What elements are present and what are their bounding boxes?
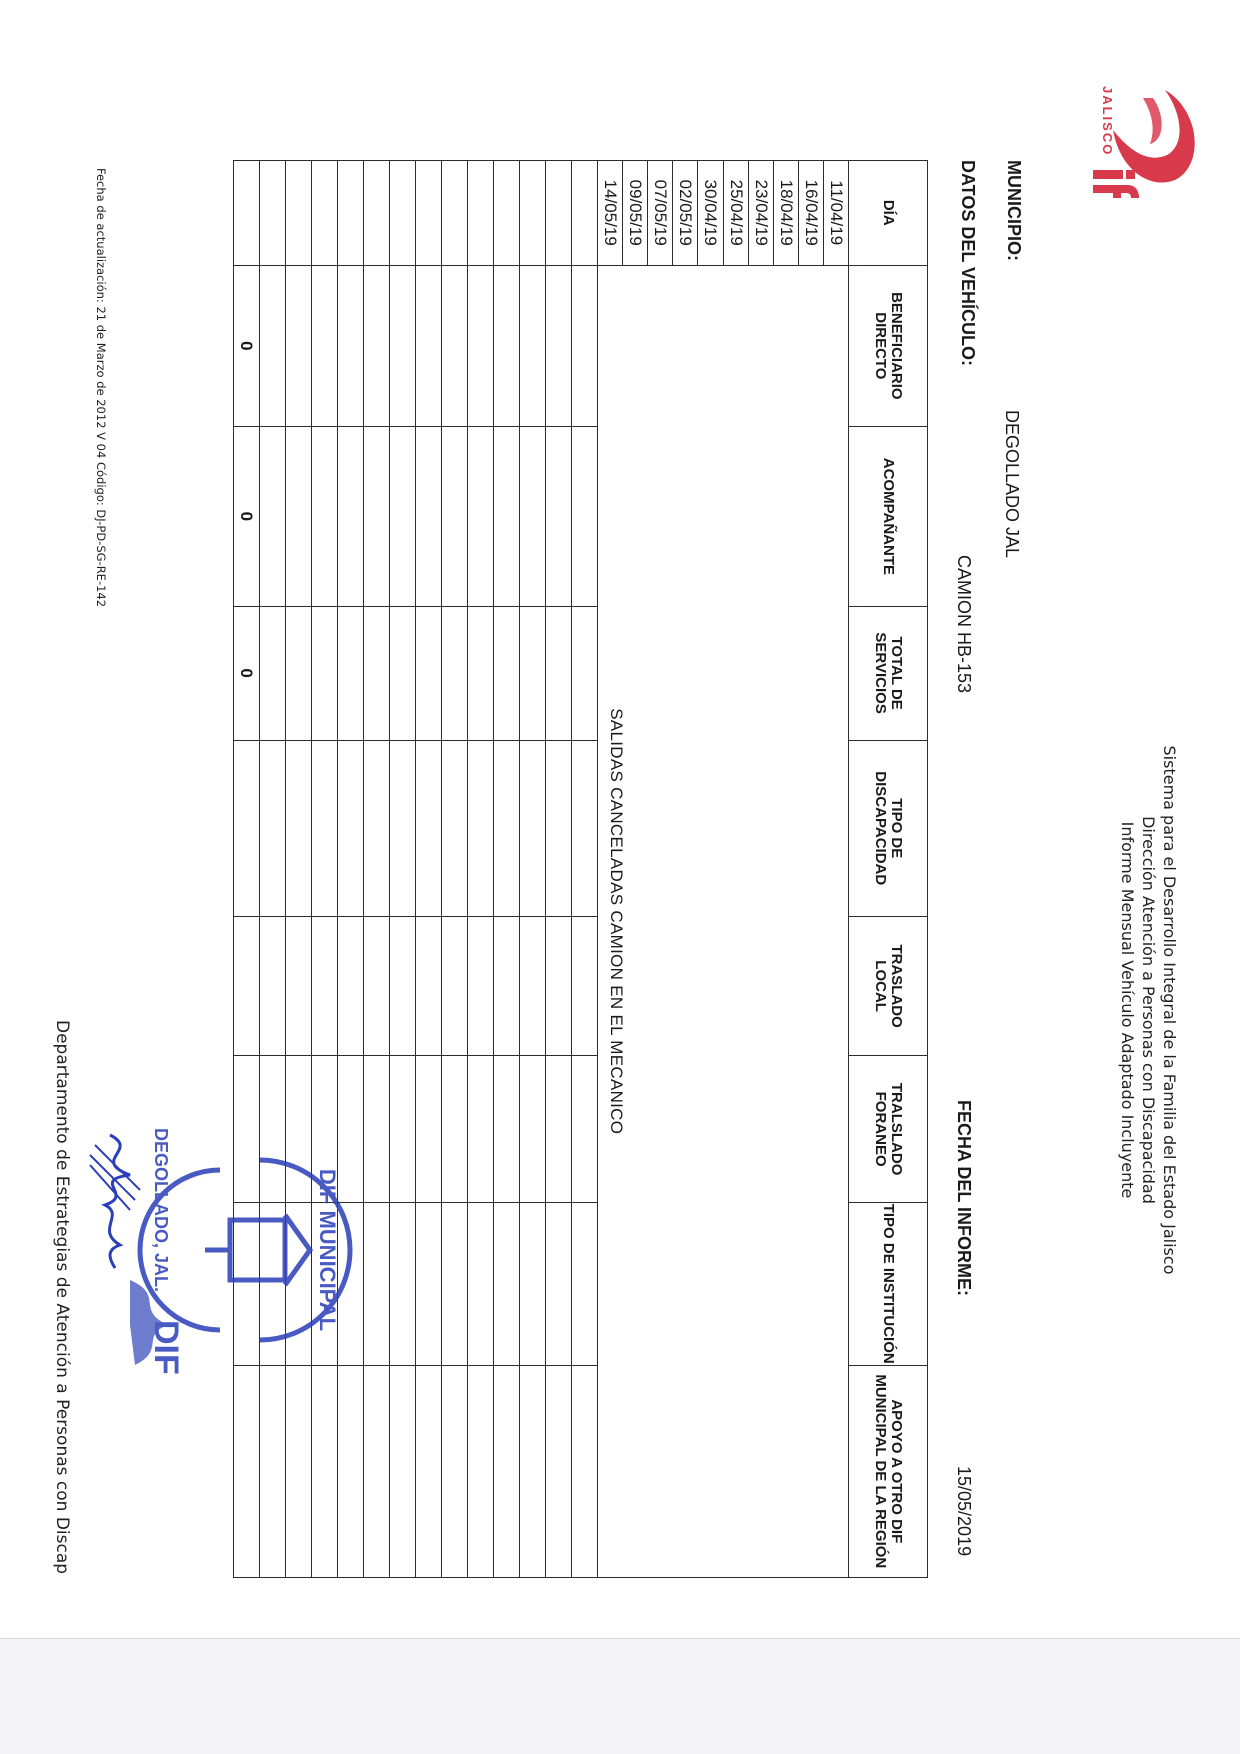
date-list-cell: 11/04/1916/04/1918/04/1923/04/1925/04/19… (598, 161, 849, 266)
table-cell (468, 1202, 494, 1365)
table-cell (312, 740, 338, 916)
total-beneficiario-directo: 0 (234, 265, 260, 427)
table-cell (468, 1056, 494, 1202)
col-tipo-institucion: TIPO DE INSTITUCIÓN (849, 1202, 928, 1365)
table-cell (546, 606, 572, 740)
table-cell (468, 1365, 494, 1577)
table-cell (390, 1365, 416, 1577)
table-cell (286, 265, 312, 427)
table-cell (520, 265, 546, 427)
date-entry: 11/04/19 (824, 161, 848, 265)
table-cell (416, 265, 442, 427)
col-dia: DÍA (849, 161, 928, 266)
table-cell (338, 427, 364, 606)
table-cell (416, 916, 442, 1056)
table-cell (416, 606, 442, 740)
table-cell (468, 606, 494, 740)
department-footer: Departamento de Estrategias de Atención … (52, 1020, 72, 1574)
table-cell (260, 916, 286, 1056)
table-cell (260, 740, 286, 916)
table-cell (572, 916, 598, 1056)
table-cell (390, 161, 416, 266)
vehiculo-value: CAMION HB-153 (953, 555, 974, 693)
table-cell (442, 1365, 468, 1577)
header-organization: Sistema para el Desarrollo Integral de l… (1159, 560, 1180, 1460)
table-cell (468, 916, 494, 1056)
table-cell (546, 740, 572, 916)
table-cell (338, 1365, 364, 1577)
col-total-servicios: TOTAL DE SERVICIOS (849, 606, 928, 740)
table-cell (520, 427, 546, 606)
table-cell (286, 606, 312, 740)
table-cell (520, 1202, 546, 1365)
table-row (572, 161, 598, 1578)
date-entry: 07/05/19 (648, 161, 673, 265)
table-cell (494, 427, 520, 606)
table-cell (260, 427, 286, 606)
table-cell (442, 606, 468, 740)
table-cell (286, 1365, 312, 1577)
table-cell (494, 1202, 520, 1365)
table-cell (546, 161, 572, 266)
col-apoyo-otro-dif: APOYO A OTRO DIF MUNICIPAL DE LA REGIÓN (849, 1365, 928, 1577)
table-cell (520, 161, 546, 266)
table-cell (390, 427, 416, 606)
table-cell (546, 265, 572, 427)
table-cell (546, 916, 572, 1056)
table-cell (390, 1202, 416, 1365)
table-cell (260, 161, 286, 266)
table-cell (468, 161, 494, 266)
total-total-servicios: 0 (234, 606, 260, 740)
table-row (546, 161, 572, 1578)
total-acompanante: 0 (234, 427, 260, 606)
table-cell (390, 1056, 416, 1202)
table-cell (494, 1056, 520, 1202)
table-cell (416, 1056, 442, 1202)
table-cell (442, 916, 468, 1056)
date-entry: 30/04/19 (698, 161, 723, 265)
table-cell (468, 427, 494, 606)
fecha-informe-label: FECHA DEL INFORME: (953, 1100, 974, 1296)
table-cell (546, 1365, 572, 1577)
table-cell (312, 265, 338, 427)
table-row (416, 161, 442, 1578)
table-cell (260, 1365, 286, 1577)
col-acompanante: ACOMPAÑANTE (849, 427, 928, 606)
table-cell (364, 265, 390, 427)
table-cell (520, 1365, 546, 1577)
table-cell (442, 740, 468, 916)
table-cell (442, 161, 468, 266)
table-cell (234, 740, 260, 916)
table-cell (338, 606, 364, 740)
table-cell (520, 606, 546, 740)
table-cell (416, 161, 442, 266)
table-cell (390, 606, 416, 740)
col-beneficiario-directo: BENEFICIARIO DIRECTO (849, 265, 928, 427)
table-cell (572, 1365, 598, 1577)
table-cell (364, 161, 390, 266)
table-cell (494, 161, 520, 266)
table-cell (494, 740, 520, 916)
table-cell (312, 606, 338, 740)
table-cell (286, 916, 312, 1056)
table-cell (572, 1056, 598, 1202)
table-row (468, 161, 494, 1578)
table-cell (442, 1056, 468, 1202)
stamp-text-bottom: DEGOLLADO, JAL. (151, 1128, 171, 1292)
table-cell (390, 265, 416, 427)
table-cell (468, 265, 494, 427)
table-cell (312, 161, 338, 266)
table-row (494, 161, 520, 1578)
table-cell (312, 916, 338, 1056)
table-cell (364, 1365, 390, 1577)
table-row (442, 161, 468, 1578)
table-cell (286, 740, 312, 916)
table-cell (468, 740, 494, 916)
table-cell (520, 740, 546, 916)
fecha-informe-value: 15/05/2019 (953, 1466, 974, 1556)
header-report-title: Informe Mensual Vehículo Adaptado Incluy… (1117, 560, 1138, 1460)
stamp-text-top: DIF MUNICIPAL (315, 1169, 340, 1331)
table-cell (572, 161, 598, 266)
table-cell (416, 740, 442, 916)
date-entry: 02/05/19 (673, 161, 698, 265)
cancelled-trips-note: SALIDAS CANCELADAS CAMION EN EL MECANICO (598, 265, 849, 1578)
date-entry: 14/05/19 (598, 161, 623, 265)
table-cell (416, 427, 442, 606)
table-cell (572, 740, 598, 916)
table-cell (416, 1202, 442, 1365)
report-header: Sistema para el Desarrollo Integral de l… (1117, 560, 1180, 1460)
table-cell (312, 427, 338, 606)
table-cell (494, 606, 520, 740)
table-cell (494, 265, 520, 427)
vehiculo-label: DATOS DEL VEHÍCULO: (957, 160, 978, 366)
table-cell (338, 916, 364, 1056)
table-cell (520, 1056, 546, 1202)
table-cell (338, 161, 364, 266)
table-cell (442, 265, 468, 427)
table-cell (286, 427, 312, 606)
table-cell (572, 606, 598, 740)
table-cell (442, 1202, 468, 1365)
table-cell (494, 916, 520, 1056)
table-cell (364, 916, 390, 1056)
table-row (520, 161, 546, 1578)
table-cell (286, 161, 312, 266)
table-cell (416, 1365, 442, 1577)
table-cell (520, 916, 546, 1056)
municipio-label: MUNICIPIO: (1003, 160, 1024, 261)
col-traslado-foraneo: TRALSLADO FORANEO (849, 1056, 928, 1202)
table-cell (338, 265, 364, 427)
table-cell (572, 265, 598, 427)
table-cell (364, 606, 390, 740)
table-cell (312, 1365, 338, 1577)
table-cell (390, 740, 416, 916)
table-cell (260, 606, 286, 740)
table-cell (364, 740, 390, 916)
table-cell (494, 1365, 520, 1577)
col-traslado-local: TRASLADO LOCAL (849, 916, 928, 1056)
table-cell (260, 265, 286, 427)
date-entry: 25/04/19 (724, 161, 749, 265)
table-cell (572, 1202, 598, 1365)
date-entry: 18/04/19 (774, 161, 799, 265)
table-header-row: DÍA BENEFICIARIO DIRECTO ACOMPAÑANTE TOT… (849, 161, 928, 1578)
table-cell (442, 427, 468, 606)
update-note: Fecha de actualización: 21 de Marzo de 2… (94, 168, 108, 607)
report-document: JALISCO Sistema para el Desarrollo Integ… (0, 0, 1240, 1754)
municipio-value: DEGOLLADO JAL (1001, 410, 1022, 558)
table-cell (572, 427, 598, 606)
signature (80, 1130, 150, 1270)
logo-subtitle: JALISCO (1100, 86, 1115, 156)
official-stamp: DIF MUNICIPAL DEGOLLADO, JAL. DIF (120, 1120, 380, 1380)
table-cell (234, 161, 260, 266)
table-cell (234, 916, 260, 1056)
table-cell (390, 916, 416, 1056)
table-cell (364, 427, 390, 606)
col-tipo-discapacidad: TIPO DE DISCAPACIDAD (849, 740, 928, 916)
table-cell (546, 427, 572, 606)
date-entry: 16/04/19 (799, 161, 824, 265)
table-cell (234, 1365, 260, 1577)
table-cell (546, 1056, 572, 1202)
header-direction: Dirección Atención a Personas con Discap… (1138, 560, 1159, 1460)
table-cell (546, 1202, 572, 1365)
date-entry: 23/04/19 (749, 161, 774, 265)
table-row (390, 161, 416, 1578)
date-entry: 09/05/19 (623, 161, 648, 265)
table-cell (338, 740, 364, 916)
